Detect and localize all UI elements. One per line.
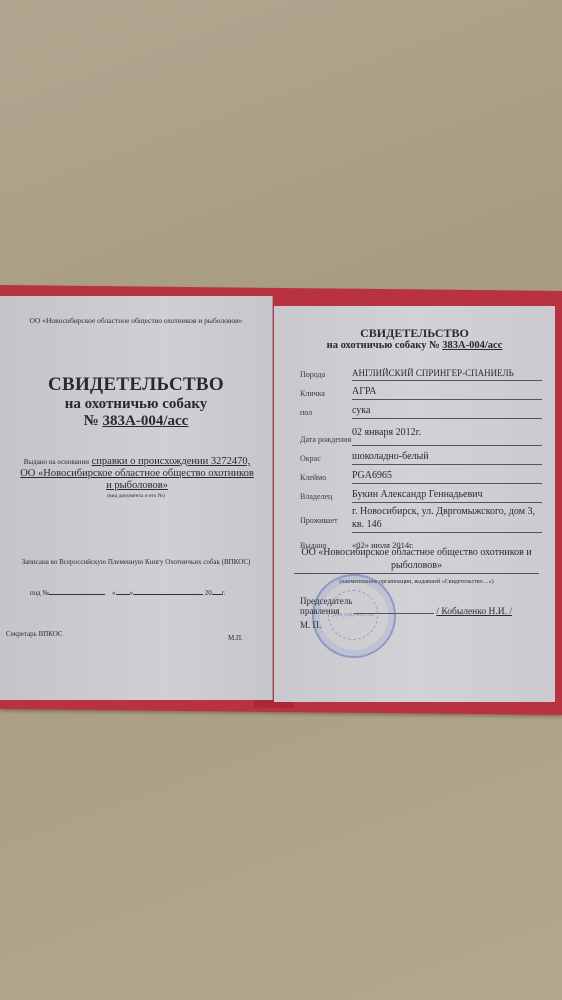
issued-hint: (вид документа и его №)	[0, 493, 272, 499]
signature-line	[354, 604, 434, 614]
chairman-label-text: Председатель правления	[300, 596, 352, 616]
chairman-name: / Кобыленко Н.И. /	[436, 607, 512, 617]
month-blank	[133, 586, 203, 595]
field-label: пол	[300, 408, 352, 419]
field-value: 02 января 2012г.	[352, 427, 542, 446]
field-value: г. Новосибирск, ул. Двргомыжского, дом 3…	[352, 505, 542, 533]
field-value: АНГЛИЙСКИЙ СПРИНГЕР-СПАНИЕЛЬ	[352, 367, 542, 381]
under-label: под №	[30, 589, 49, 597]
field-sex: пол сука	[300, 400, 542, 419]
issuer-org: ОО «Новосибирское областное общество охо…	[294, 546, 539, 574]
registry-number-blank	[49, 586, 105, 595]
issued-basis-line3: и рыболовов»	[106, 480, 168, 491]
number-prefix: №	[429, 340, 440, 351]
field-value: Букин Александр Геннадьевич	[352, 489, 542, 503]
field-label: Окрас	[300, 454, 352, 465]
field-value: шоколадно-белый	[352, 451, 542, 465]
year-prefix: 20	[205, 589, 212, 597]
issued-label: Выдано на основании	[24, 458, 89, 466]
certificate-subtitle: на охотничью собаку	[0, 396, 272, 413]
issued-basis-line2: ОО «Новосибирское областное общество охо…	[20, 468, 254, 479]
certificate-number: № 383А-004/асс	[0, 413, 272, 430]
number-value: 383А-004/асс	[103, 413, 189, 429]
registry-text: Записана во Всероссийскую Племенную Книг…	[0, 558, 272, 566]
field-label: Клеймо	[300, 473, 352, 484]
certificate-subtitle: на охотничью собаку № 383А-004/асс	[274, 340, 555, 351]
field-brand: Клеймо PGA6965	[300, 465, 542, 484]
year-suffix: г.	[222, 589, 226, 597]
field-breed: Порода АНГЛИЙСКИЙ СПРИНГЕР-СПАНИЕЛЬ	[300, 362, 542, 381]
year-blank	[212, 586, 222, 595]
chairman-signature: / Кобыленко Н.И. /	[354, 604, 514, 617]
field-label: Порода	[300, 370, 352, 381]
number-prefix: №	[84, 413, 99, 429]
field-value: сука	[352, 405, 542, 419]
field-color: Окрас шоколадно-белый	[300, 446, 542, 465]
certificate-title: СВИДЕТЕЛЬСТВО	[274, 326, 555, 341]
field-value: АГРА	[352, 386, 542, 400]
left-page: ОО «Новосибирское областное общество охо…	[0, 296, 273, 700]
certificate-title: СВИДЕТЕЛЬСТВО	[0, 374, 272, 396]
day-blank	[116, 586, 130, 595]
field-label: Дата рождения	[300, 435, 352, 446]
subtitle-text: на охотничью собаку	[327, 340, 427, 351]
field-label: Проживает	[300, 516, 352, 533]
field-label: Кличка	[300, 389, 352, 400]
right-page: СВИДЕТЕЛЬСТВО на охотничью собаку № 383А…	[274, 306, 555, 702]
org-header: ОО «Новосибирское областное общество охо…	[0, 316, 272, 325]
registry-number-line: под № «» 20г.	[30, 586, 250, 597]
field-label: Владелец	[300, 492, 352, 503]
issued-basis: Выдано на основании справки о происхожде…	[6, 456, 268, 492]
seal-mark: М. П.	[300, 620, 321, 630]
dog-fields: Порода АНГЛИЙСКИЙ СПРИНГЕР-СПАНИЕЛЬ Клич…	[300, 362, 542, 552]
seal-mark: М.П.	[228, 634, 243, 642]
field-owner: Владелец Букин Александр Геннадьевич	[300, 484, 542, 503]
number-value: 383А-004/асс	[442, 340, 502, 351]
field-birth-date: Дата рождения 02 января 2012г.	[300, 419, 542, 446]
chairman-label: Председатель правления	[300, 596, 352, 616]
issued-basis-line1: справки о происхождении 3272470,	[92, 456, 251, 467]
field-address: Проживает г. Новосибирск, ул. Двргомыжск…	[300, 503, 542, 533]
secretary-label: Секретарь ВПКОС	[6, 630, 63, 638]
field-value: PGA6965	[352, 470, 542, 484]
field-name: Кличка АГРА	[300, 381, 542, 400]
